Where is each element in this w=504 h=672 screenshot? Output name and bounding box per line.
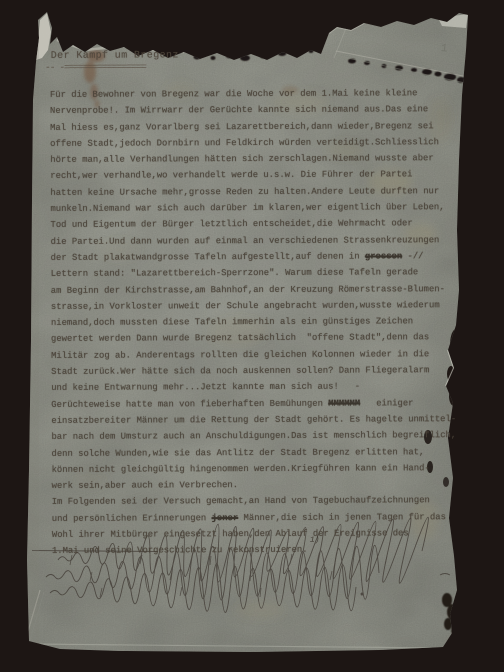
typed-line: und keine Entwarnung mehr...Jetzt kannte… — [51, 378, 455, 396]
typed-line: Im Folgenden sei der Versuch gemacht,an … — [52, 493, 456, 511]
typed-line: 1.Mai und seine Vorgeschichte zu rekonst… — [52, 541, 456, 559]
typed-line: Tod und Eigentum der Bürger letztlich en… — [50, 215, 454, 233]
typed-line: Wohl ihrer Mitbürger eingesetzt haben,de… — [52, 525, 456, 543]
typed-line: bar nach dem Umsturz auch an Anschuldigu… — [51, 427, 455, 445]
typed-line: Nervenprobe!. Im Wirrwarr der Gerüchte k… — [50, 101, 454, 119]
photographed-document: Der Kampf um Bregenz -- -===============… — [0, 0, 504, 672]
typed-line: offene Stadt,jedoch Dornbirn und Feldkir… — [50, 134, 454, 152]
typed-line: Stadt zurück.Wer hätte sich da noch ausk… — [51, 362, 455, 380]
typed-line: munkeln.Niemand war sich auch darüber im… — [50, 199, 454, 217]
title-underline: -- -================= — [45, 62, 146, 73]
typed-line: niemand,doch mussten diese Tafeln immerh… — [51, 313, 455, 331]
typed-line: recht,wer verhandle,wo verhandelt werde … — [50, 167, 454, 185]
typed-body: Für die Bewohner von Bregenz war die Woc… — [50, 85, 456, 559]
typed-line: hatten keine Ursache mehr,grosse Reden z… — [50, 183, 454, 201]
typed-line: die Partei.Und dann wurden auf einmal an… — [51, 232, 455, 250]
typed-line: Gerüchteweise hatte man von fieberhaften… — [51, 395, 455, 413]
typed-line: Militär zog ab. Anderentags rollten die … — [51, 346, 455, 364]
typed-line: hörte man,alle Verhandlungen hätten sich… — [50, 150, 454, 168]
typed-line: Für die Bewohner von Bregenz war die Woc… — [50, 85, 454, 103]
footnote-marker: 1) — [310, 536, 320, 545]
page-number: 1 — [440, 43, 448, 56]
typed-line: Mal hiess es,ganz Vorarlberg sei Lazaret… — [50, 118, 454, 136]
typed-line: und persönlichen Erinnerungen jener Männ… — [52, 509, 456, 527]
typed-line: der Stadt plakatwandgrosse Tafeln aufges… — [51, 248, 455, 266]
typed-line: können nicht gleichgültig hingenommen we… — [52, 460, 456, 478]
typed-line: gewertet werden Dann wurde Bregenz tatsä… — [51, 330, 455, 348]
typed-line: einsatzbereiter Männer um die Rettung de… — [51, 411, 455, 429]
typed-line: am Beginn der Kirchstrasse,am Bahnhof,an… — [51, 281, 455, 299]
typed-line: denn solche Wunden,wie sie das Antlitz d… — [51, 444, 455, 462]
typed-line: Lettern stand: "Lazarettbereich-Sperrzon… — [51, 264, 455, 282]
document-title: Der Kampf um Bregenz — [51, 50, 179, 62]
typed-line: strasse,in Vorkloster unweit der Schule … — [51, 297, 455, 315]
typed-text-layer: Der Kampf um Bregenz -- -===============… — [0, 0, 504, 672]
typed-line: werk sein,aber auch ein Verbrechen. — [52, 476, 456, 494]
